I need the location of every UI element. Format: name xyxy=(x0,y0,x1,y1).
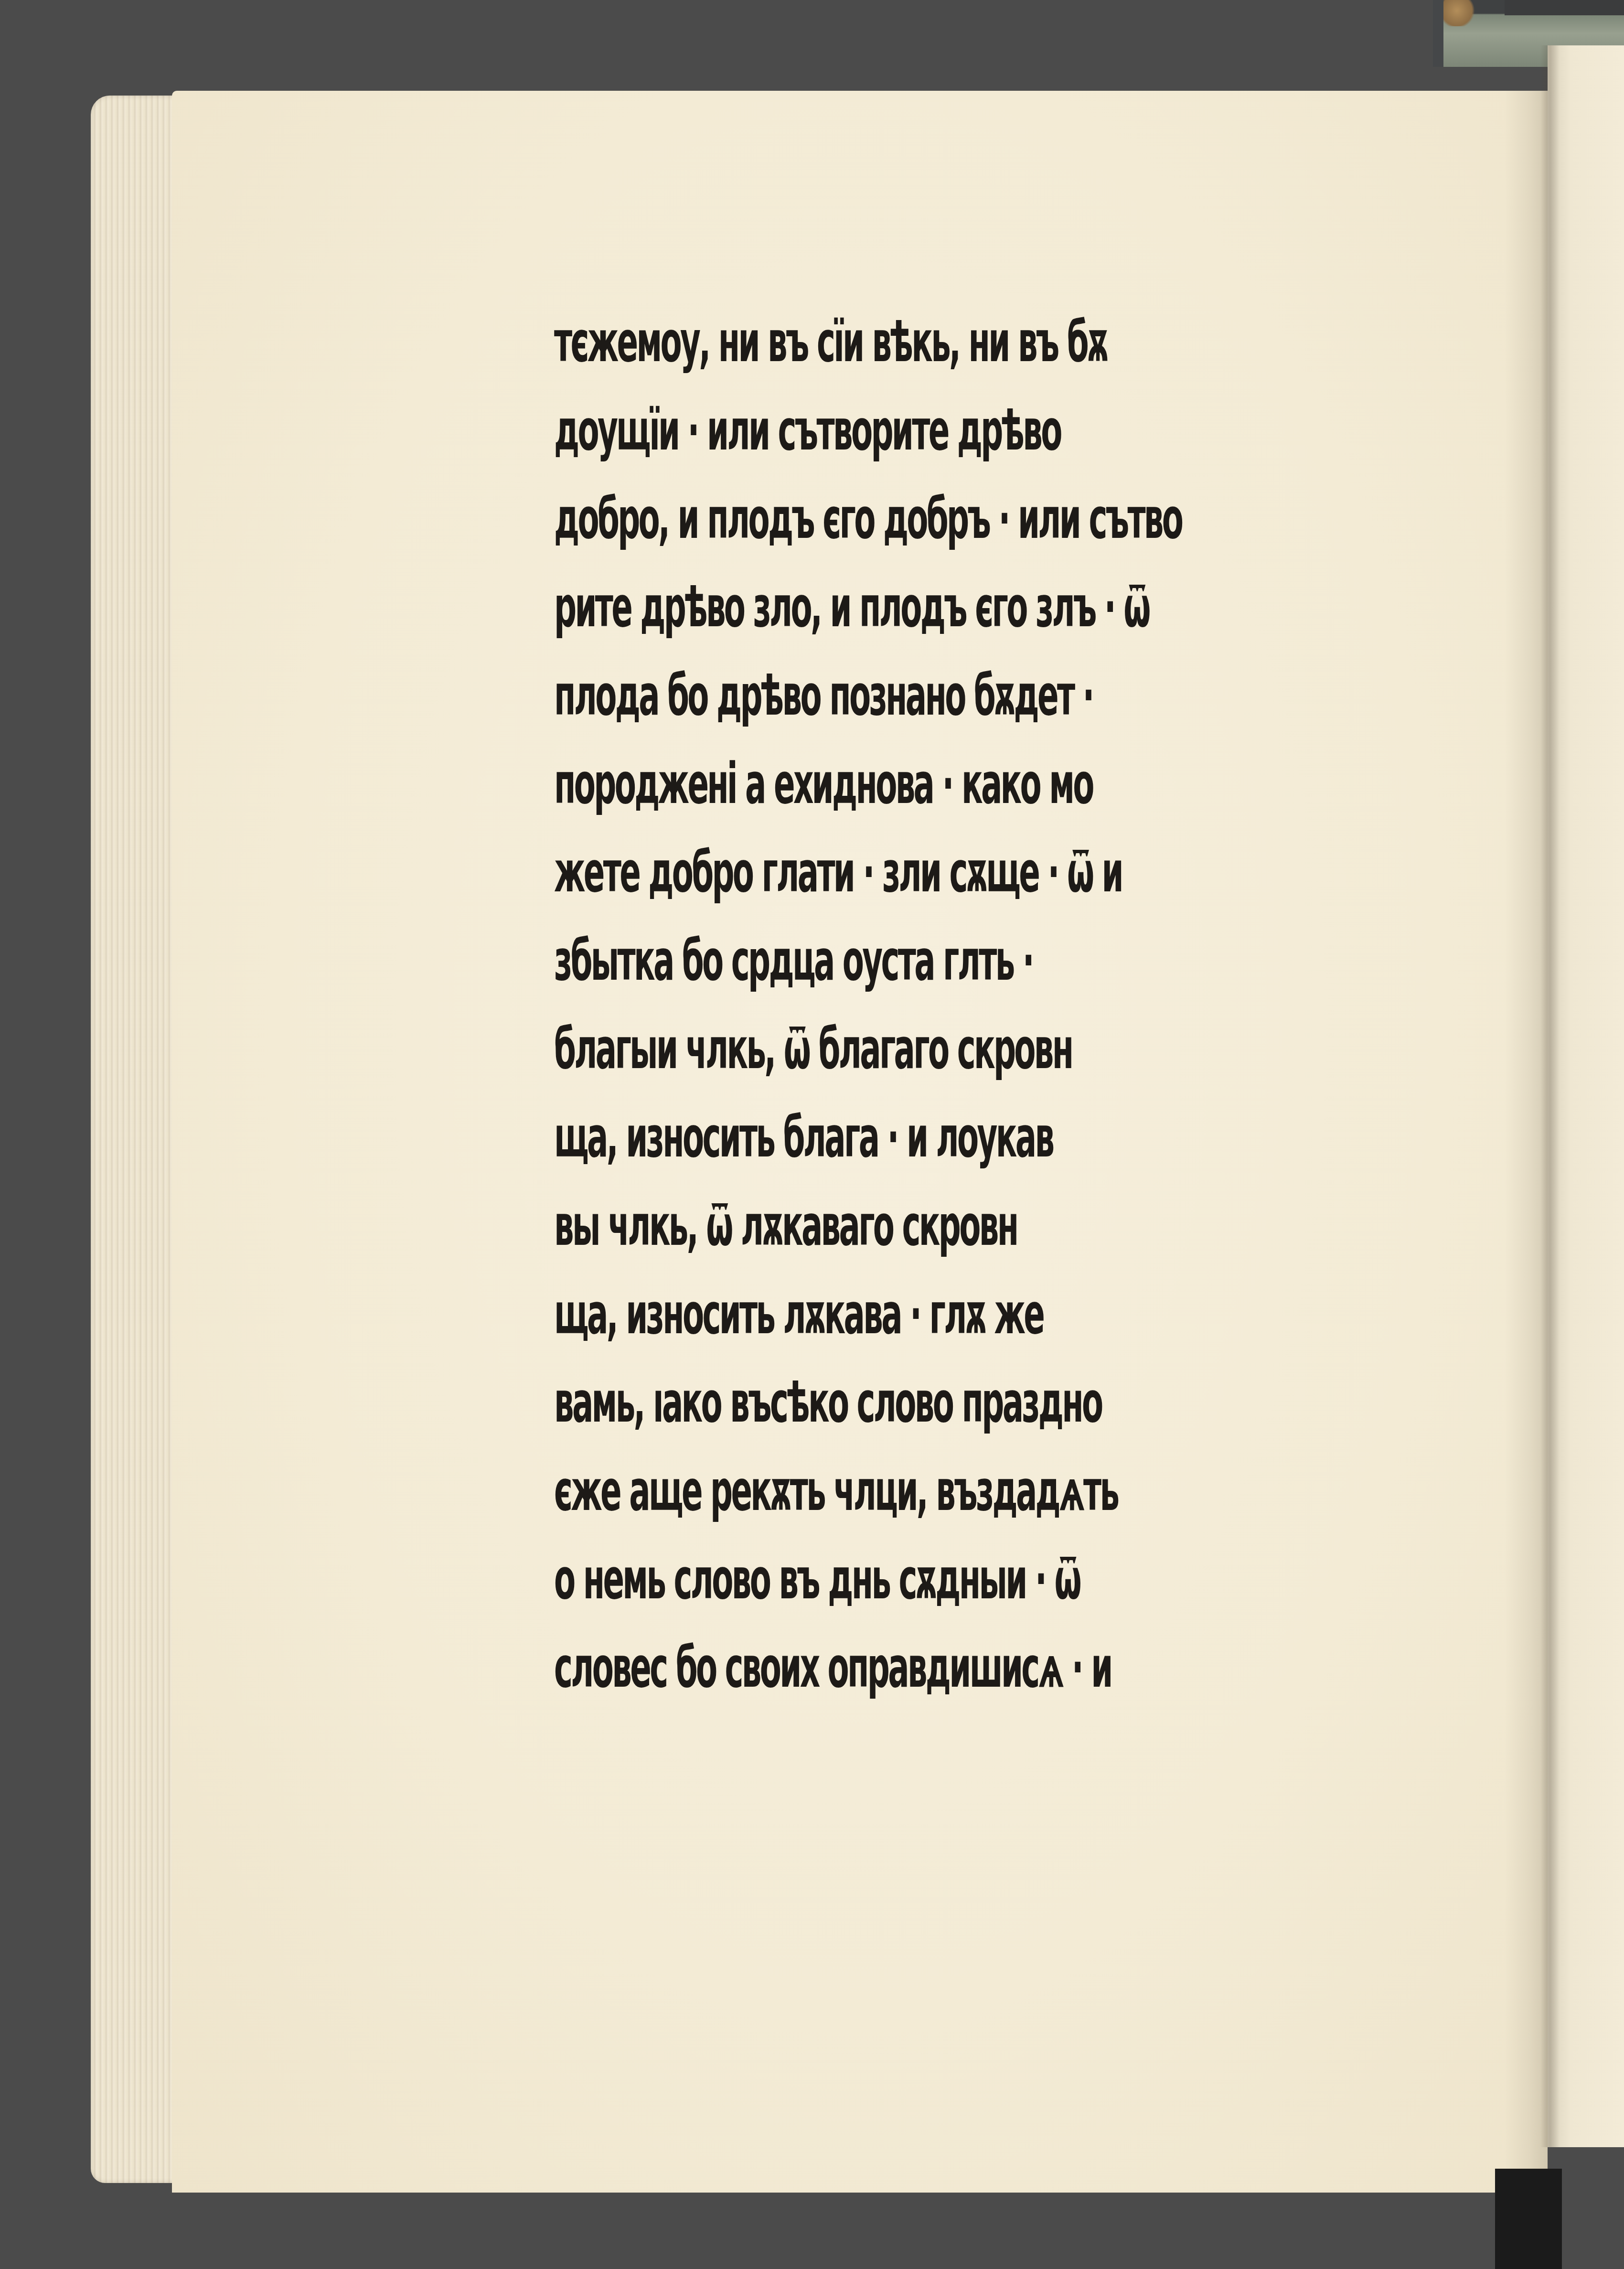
text-line: рите дрѣво зло, и плодъ єго злъ · ѿ xyxy=(554,571,1141,659)
text-line: ща, изноcить блага · и лоукав xyxy=(554,1101,1141,1189)
text-line: ща, износить лѫкава · глѫ же xyxy=(554,1278,1141,1366)
text-line: словес бо своих оправдишисѧ · и xyxy=(554,1631,1141,1720)
text-block: тєжемоу, ни въ сїи вѣкь, ни въ бѫ доущїи… xyxy=(554,306,1500,1720)
book-spine xyxy=(1433,0,1443,67)
text-line: о немь слово въ днь сѫдныи · ѿ xyxy=(554,1543,1141,1631)
binding-ornament xyxy=(1443,0,1477,26)
text-line: благыи члкь, ѿ благаго скровн xyxy=(554,1013,1141,1101)
text-line: плода бо дрѣво познано бѫдет · xyxy=(554,659,1141,748)
text-line: добро, и плодъ єго добръ · или сътво xyxy=(554,482,1141,571)
gutter-shadow xyxy=(1540,45,1560,2147)
text-line: вамь, ıако въсѣко слово праздно xyxy=(554,1366,1141,1455)
text-line: єже аще рекѫть члци, въздадѧть xyxy=(554,1455,1141,1543)
text-line: тєжемоу, ни въ сїи вѣкь, ни въ бѫ xyxy=(554,306,1141,394)
text-line: доущїи · или сътворите дрѣво xyxy=(554,394,1141,482)
background-shadow xyxy=(1505,0,1624,15)
text-line: збытка бо срдца оуста глть · xyxy=(554,924,1141,1013)
binding-shadow xyxy=(1495,2169,1562,2269)
text-line: породжені а ехиднова · како мо xyxy=(554,748,1141,836)
text-line: жете добро глати · зли сѫще · ѿ и xyxy=(554,836,1141,924)
text-line: вы члкь, ѿ лѫкаваго скровн xyxy=(554,1189,1141,1278)
